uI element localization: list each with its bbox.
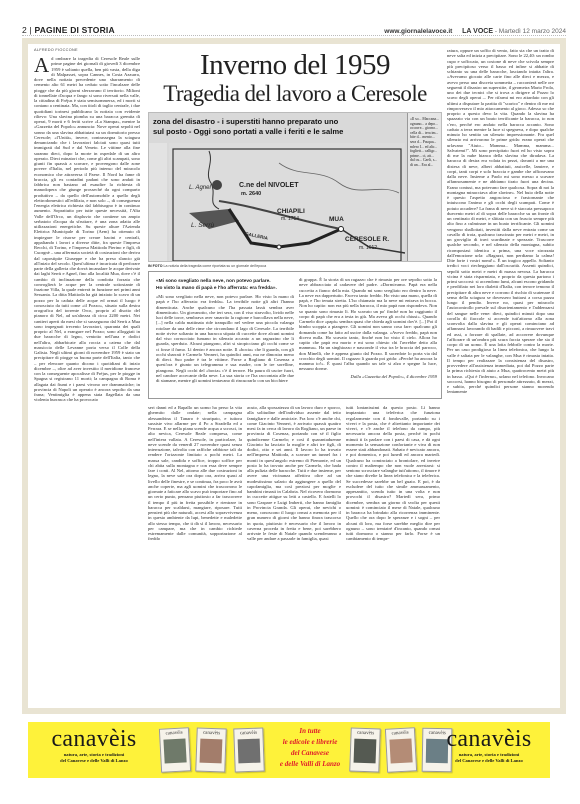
magazine-cover: canavèis xyxy=(159,727,191,773)
article-column-4: tutti lontanissimi da questo posto. Lì h… xyxy=(346,405,440,707)
quote-headline-line1: «Mi sono svegliato nella neve, non potev… xyxy=(156,278,296,285)
photo-headline-line1: zona del disastro - i superstiti hanno p… xyxy=(153,117,393,127)
svg-text:CHIAPILI: CHIAPILI xyxy=(277,208,305,215)
byline: Alfredo Fioccone xyxy=(34,48,78,52)
archive-newspaper-photo: zona del disastro - i superstiti hanno p… xyxy=(148,112,442,262)
magazine-title: canavèis xyxy=(197,731,225,737)
article-title-line1: Inverno del 1959 xyxy=(145,50,445,80)
logo-subtitle-2: del Canavese e delle Valli di Lanzo xyxy=(34,758,154,764)
svg-text:L. Agnel: L. Agnel xyxy=(189,185,211,191)
logo-name: canavèis xyxy=(34,726,154,752)
page-number: 2 xyxy=(22,25,27,35)
quote-signature: Dalla «Gazzetta del Popolo», 4 dicembre … xyxy=(299,374,437,379)
canaveis-ad-banner[interactable]: canavèis natura, arte, storia e tradizio… xyxy=(28,722,550,778)
logo-subtitle-2: del Canavese e delle Valli di Lanzo xyxy=(428,758,550,764)
svg-text:m. 2640: m. 2640 xyxy=(241,191,261,197)
promo-line-2: le edicole e librerie xyxy=(272,737,348,748)
photo-headline: zona del disastro - i superstiti hanno p… xyxy=(153,117,393,137)
svg-text:C.ne del NIVOLET: C.ne del NIVOLET xyxy=(239,182,299,189)
magazine-cover-image xyxy=(389,738,412,763)
section-label: 2 | PAGINE DI STORIA xyxy=(22,25,115,35)
website-link[interactable]: www.giornalelavoce.it xyxy=(384,28,452,35)
svg-text:CERESOLE R.: CERESOLE R. xyxy=(345,236,389,243)
section-title: PAGINE DI STORIA xyxy=(34,25,114,35)
map-icon: C.ne del NIVOLET m. 2640 L. Agnel CHIAPI… xyxy=(169,143,405,261)
article-column-3: acuto, alla spossatezza di un lavoro dur… xyxy=(247,405,341,707)
photo-headline-line2: sul posto - Oggi sono portati a valle i … xyxy=(153,127,393,137)
article-title-line2: Tragedia del lavoro a Ceresole xyxy=(145,82,445,106)
promo-line-1: In tutte xyxy=(272,726,348,737)
quote-headline-line2: Ho visto la mano di papà e l'ho afferrat… xyxy=(156,285,296,292)
quote-column-2-text: di grappa. È la storia di un ragazzo che… xyxy=(299,277,437,371)
quote-column-2: di grappa. È la storia di un ragazzo che… xyxy=(299,277,437,393)
banner-logo-right: canavèis natura, arte, storia e tradizio… xyxy=(428,726,550,764)
magazine-title: canavèis xyxy=(234,731,262,737)
magazine-cover-image xyxy=(163,738,186,763)
photo-side-column: «Il so... Maccana... ognuno... a depo...… xyxy=(407,113,441,261)
magazine-cover: canavèis xyxy=(233,727,265,772)
magazine-cover-image xyxy=(354,739,377,764)
paper-name: LA VOCE xyxy=(462,28,493,35)
promo-line-3: del Canavese xyxy=(272,748,348,759)
article-column-2: seri danni ed a Rapallo un uomo ha perso… xyxy=(148,405,242,707)
banner-logo-left: canavèis natura, arte, storia e tradizio… xyxy=(34,726,154,764)
promo-line-4: e delle Valli di Lanzo xyxy=(272,759,348,770)
issue-date: Martedì 12 marzo 2024 xyxy=(499,28,566,35)
page-header: 2 | PAGINE DI STORIA www.giornalelavoce.… xyxy=(22,22,566,36)
svg-text:m. 1612: m. 1612 xyxy=(359,245,377,251)
column-text: d ombrare la tragedia di Ceresole Reale … xyxy=(34,56,140,402)
svg-text:MUA: MUA xyxy=(329,216,344,223)
article-column-1: A d ombrare la tragedia di Ceresole Real… xyxy=(34,56,140,706)
magazine-cover: canavèis xyxy=(385,727,417,773)
header-right: www.giornalelavoce.it LA VOCE - Martedì … xyxy=(384,28,566,35)
drop-cap: A xyxy=(34,57,49,74)
magazine-title: canavèis xyxy=(160,730,188,736)
magazine-cover: canavèis xyxy=(195,727,227,772)
promo-text: In tutte le edicole e librerie del Canav… xyxy=(272,726,348,770)
caption-text: La notizia della tragedia come riportata… xyxy=(164,264,267,268)
photo-caption: IN FOTO La notizia della tragedia come r… xyxy=(148,264,266,268)
logo-name: canavèis xyxy=(428,726,550,752)
quote-box: «Mi sono svegliato nella neve, non potev… xyxy=(148,271,442,399)
svg-text:L. Serrù: L. Serrù xyxy=(191,222,215,229)
magazine-title: canavèis xyxy=(351,731,379,737)
article-column-5: ratura, oppure un soffio di vento, fatto… xyxy=(447,48,554,707)
quote-column-1: «Mi sono svegliato nella neve, non potev… xyxy=(156,294,294,394)
quote-headline: «Mi sono svegliato nella neve, non potev… xyxy=(156,278,296,292)
magazine-cover-image xyxy=(200,739,223,764)
magazine-cover-image xyxy=(238,739,261,764)
photo-left-column xyxy=(149,143,167,261)
magazine-title: canavèis xyxy=(386,730,414,736)
magazine-cover: canavèis xyxy=(349,727,381,772)
caption-label: IN FOTO xyxy=(148,264,163,268)
svg-text:m. 1754: m. 1754 xyxy=(281,216,299,222)
